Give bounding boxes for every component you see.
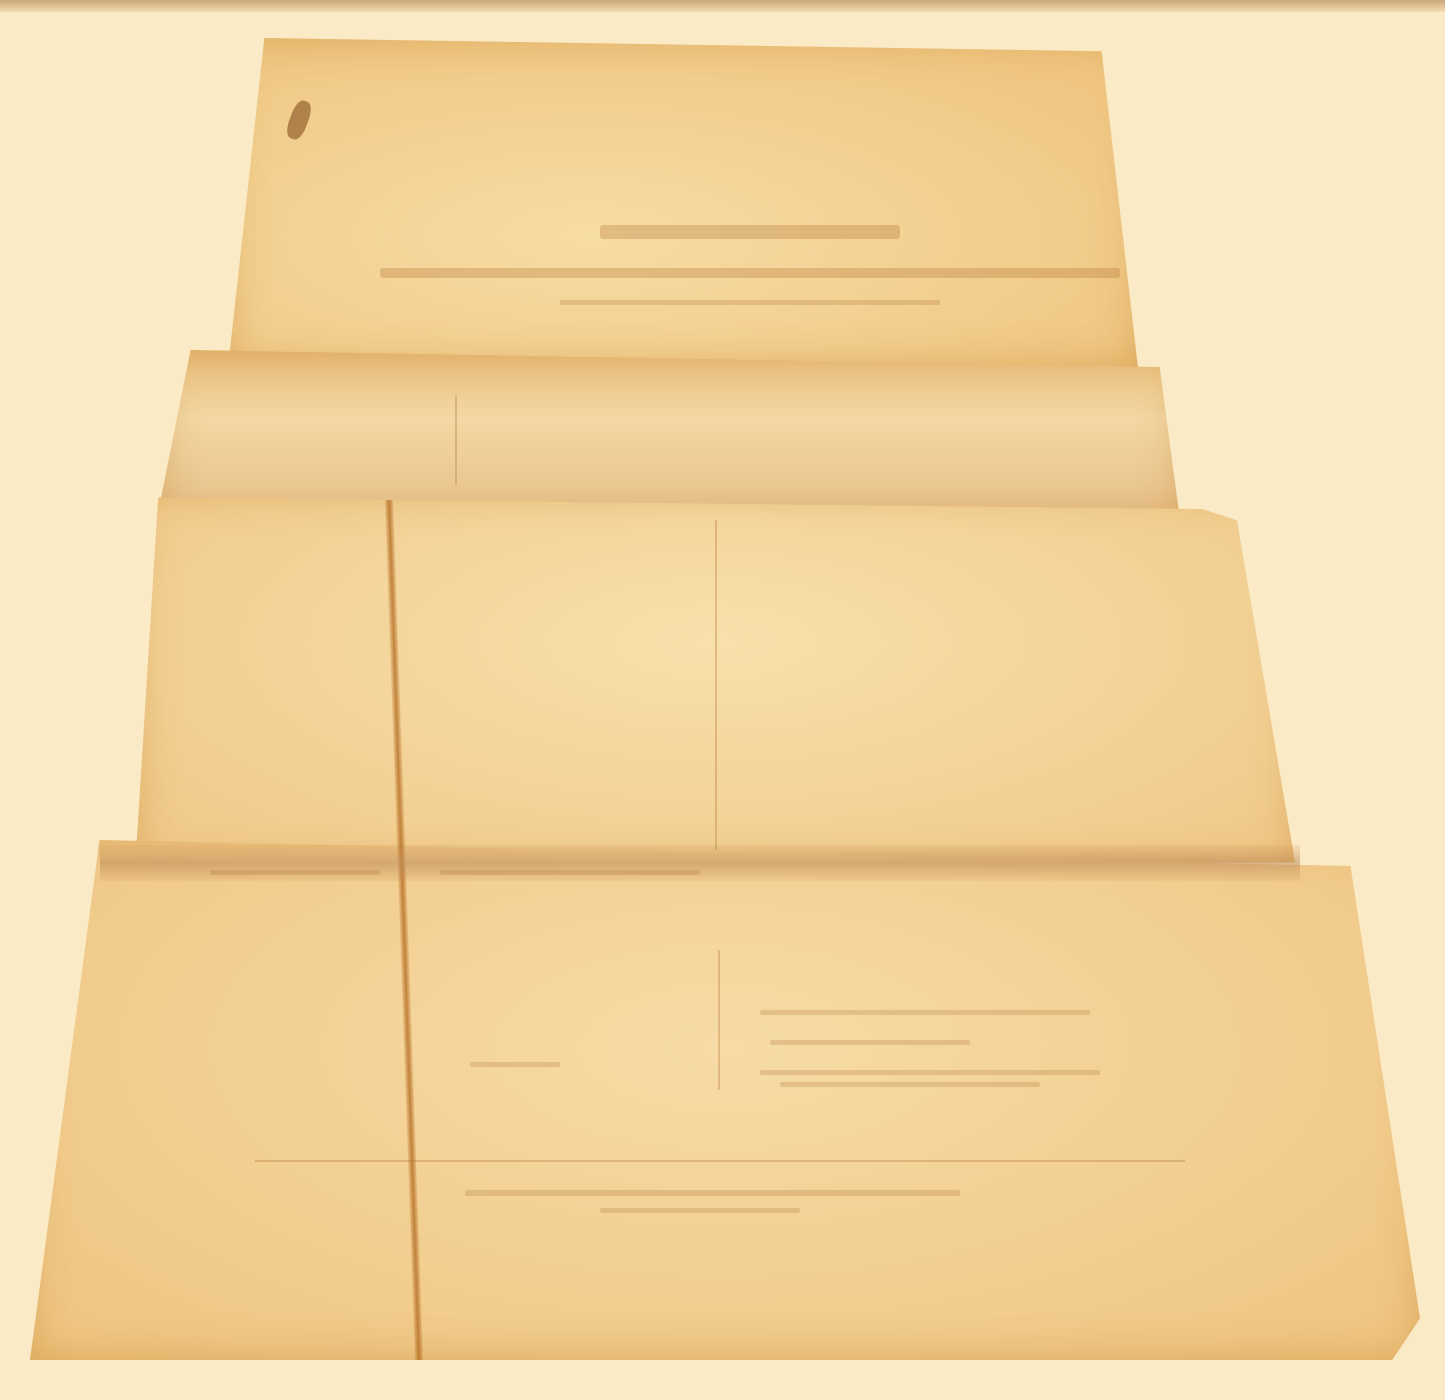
horizontal-fold-crease [100,845,1300,881]
illegible-title-line [600,225,900,239]
illegible-text-line [760,1070,1100,1075]
illegible-text-line [210,870,380,875]
illegible-text-line [760,1010,1090,1015]
document-folded-band [160,350,1180,520]
column-separator [718,950,720,1090]
background-top-edge [0,0,1445,12]
illegible-text-line [770,1040,970,1045]
document-top-panel [228,38,1138,368]
horizontal-rule [255,1160,1185,1162]
illegible-text-line [780,1082,1040,1087]
illegible-text-line [440,870,700,875]
column-separator [715,520,717,850]
document-bottom-panel [30,840,1420,1360]
illegible-text-line [470,1062,560,1067]
illegible-imprint-line [465,1190,960,1196]
illegible-imprint-line [600,1208,800,1213]
illegible-text-line [560,300,940,305]
column-separator [455,395,457,485]
illegible-subtitle-line [380,268,1120,278]
